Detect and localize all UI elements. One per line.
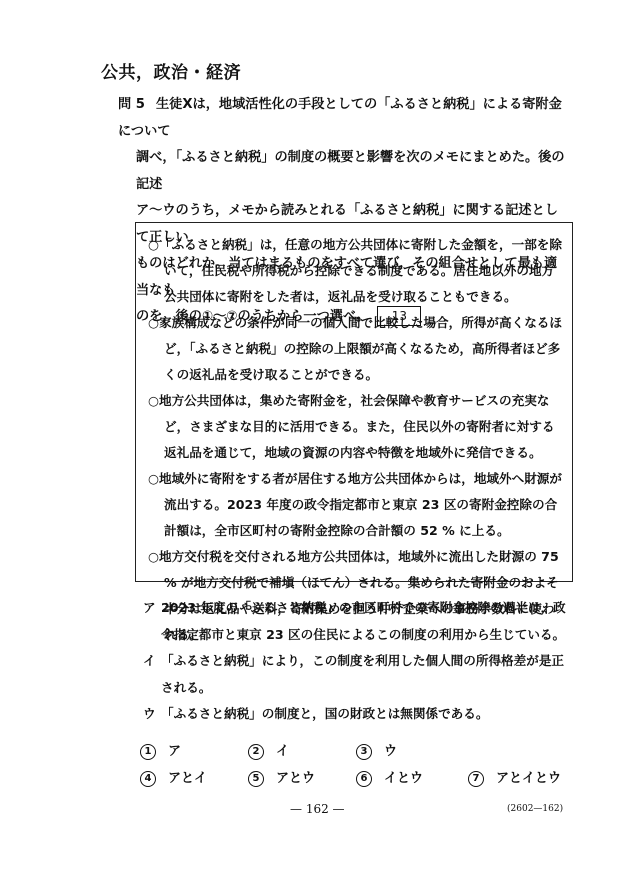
- memo-item: ○地域外に寄附をする者が居住する地方公共団体からは，地域外へ財源が流出する。20…: [148, 466, 562, 544]
- circled-number-icon: 2: [248, 744, 264, 760]
- page-code: (2602—162): [507, 804, 563, 814]
- statement-a: ア2023 年度の「ふるさと納税」の市区町村での寄附金控除の過半は，政令指定都市…: [143, 595, 573, 648]
- memo-item: ○地方公共団体は，集めた寄附金を，社会保障や教育サービスの充実など，さまざまな目…: [148, 388, 562, 466]
- memo-item: ○「ふるさと納税」は，任意の地方公共団体に寄附した金額を，一部を除いて，住民税や…: [148, 232, 562, 310]
- statement-text: 「ふるさと納税」により，この制度を利用した個人間の所得格差が是正される。: [161, 653, 564, 695]
- answer-choices: 1ア 2イ 3ウ 4アとイ 5アとウ 6イとウ 7アとイとウ: [140, 740, 580, 794]
- statement-label: ウ: [143, 701, 161, 728]
- choice-2[interactable]: 2イ: [248, 740, 289, 760]
- circled-number-icon: 7: [468, 771, 484, 787]
- choice-text: イとウ: [384, 771, 423, 786]
- choice-1[interactable]: 1ア: [140, 740, 181, 760]
- statements: ア2023 年度の「ふるさと納税」の市区町村での寄附金控除の過半は，政令指定都市…: [143, 595, 573, 728]
- choice-text: ウ: [384, 744, 397, 759]
- section-title: 公共，政治・経済: [101, 58, 241, 83]
- question-number: 問 5: [118, 92, 156, 119]
- circled-number-icon: 4: [140, 771, 156, 787]
- statement-u: ウ「ふるさと納税」の制度と，国の財政とは無関係である。: [143, 701, 573, 728]
- choice-text: アとウ: [276, 771, 315, 786]
- page-number: — 162 —: [290, 802, 345, 816]
- statement-label: イ: [143, 648, 161, 675]
- circled-number-icon: 3: [356, 744, 372, 760]
- statement-text: 2023 年度の「ふるさと納税」の市区町村での寄附金控除の過半は，政令指定都市と…: [161, 600, 566, 642]
- statement-i: イ「ふるさと納税」により，この制度を利用した個人間の所得格差が是正される。: [143, 648, 573, 701]
- question-line: 調べ，「ふるさと納税」の制度の概要と影響を次のメモにまとめた。後の記述: [118, 145, 568, 198]
- choice-text: アとイとウ: [496, 771, 561, 786]
- choice-text: イ: [276, 744, 289, 759]
- memo-item: ○家族構成などの条件が同一の個人間で比較した場合，所得が高くなるほど，「ふるさと…: [148, 310, 562, 388]
- choice-5[interactable]: 5アとウ: [248, 767, 315, 787]
- memo-box: ○「ふるさと納税」は，任意の地方公共団体に寄附した金額を，一部を除いて，住民税や…: [135, 222, 573, 582]
- choice-4[interactable]: 4アとイ: [140, 767, 207, 787]
- question-line: 生徒Xは，地域活性化の手段としての「ふるさと納税」による寄附金について: [118, 97, 562, 139]
- choice-text: アとイ: [168, 771, 207, 786]
- statement-label: ア: [143, 595, 161, 622]
- circled-number-icon: 6: [356, 771, 372, 787]
- choice-3[interactable]: 3ウ: [356, 740, 397, 760]
- choice-6[interactable]: 6イとウ: [356, 767, 423, 787]
- choice-text: ア: [168, 744, 181, 759]
- statement-text: 「ふるさと納税」の制度と，国の財政とは無関係である。: [161, 706, 488, 721]
- circled-number-icon: 1: [140, 744, 156, 760]
- choice-7[interactable]: 7アとイとウ: [468, 767, 561, 787]
- circled-number-icon: 5: [248, 771, 264, 787]
